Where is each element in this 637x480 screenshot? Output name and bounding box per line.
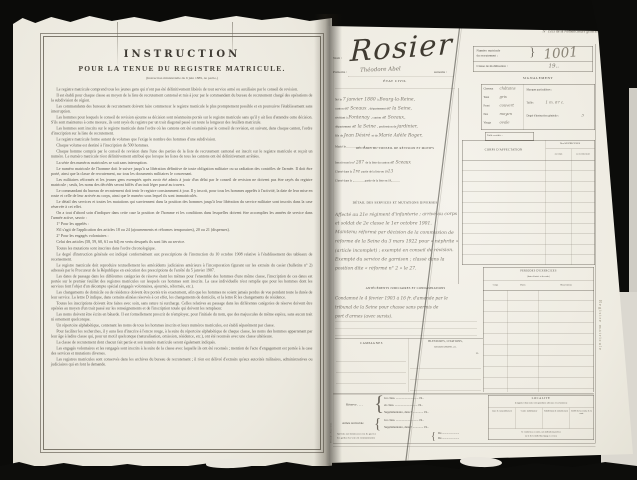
section-rule <box>335 88 455 89</box>
ruled-line <box>335 328 477 329</box>
instruction-paragraph: Les changements de domicile ou de réside… <box>51 290 312 300</box>
handwritten-text: Bourg-la-Reine, <box>379 97 415 102</box>
etat-civil-header: ÉTAT CIVIL <box>335 79 455 83</box>
handwritten-text: 13 <box>388 169 393 174</box>
localite-date-col-header: DATE de la remise de la carte <box>571 410 593 415</box>
instruction-paragraph: Les commandants des bureaux de recruteme… <box>51 104 312 114</box>
instruction-subtitle: POUR LA TENUE DU REGISTRE MATRICULE. <box>44 64 320 73</box>
territoriale-row: 1re class. .............................… <box>384 419 474 422</box>
table-grid-line <box>489 429 594 430</box>
instruction-body: Le registre matricule comprend tous les … <box>51 87 312 440</box>
services-entry: Exempté du service de garnison ; classé … <box>335 257 458 262</box>
services-entry: Maintenu réformé par décision de la comm… <box>335 230 458 236</box>
instruction-title: INSTRUCTION <box>44 49 320 60</box>
brace: } <box>530 46 536 60</box>
instruction-paragraph: 1° Pour les appelés : <box>51 222 312 227</box>
summary-box-top-rule <box>333 393 594 394</box>
instruction-paragraph: Les noms doivent être écrits en bâtarde.… <box>51 312 312 322</box>
handwritten-text: Marie Adèle Roger, <box>379 133 423 138</box>
corps-table-group-header: Nos MATRICULES <box>546 143 595 146</box>
antecedents-entry: port d'armes (avec sursis). <box>335 314 477 319</box>
localite-box: LOCALITÉ (à rappeler dans toute correspo… <box>488 395 594 440</box>
instruction-paragraph: Un répertoire alphabétique, contenant le… <box>51 323 312 328</box>
instruction-paragraph: Toutes les mutations sont inscrites dans… <box>51 246 312 251</box>
printed-text: , département d <box>368 107 388 111</box>
signalement-label: Degré d'instruction générale : <box>527 115 587 118</box>
instruction-paragraph: Toutes les inscriptions doivent être fai… <box>51 301 312 311</box>
localite-col-header: Gare de rassemblement <box>490 410 515 413</box>
instruction-paragraph: La série des numéros matricules se suit … <box>51 160 312 165</box>
territoriale-row: Supplémentaire, dans l' .............. 1… <box>384 426 474 429</box>
nomenclature-corner-note: N° 1955 de la Nomenclature générale. <box>536 29 600 34</box>
page-bottom-rule <box>333 443 596 444</box>
printed-text: , canton d <box>371 116 384 120</box>
speciale-row: Du ......................... <box>438 437 478 440</box>
brace: { <box>431 431 436 441</box>
handwritten-text: e Sceaux <box>346 106 368 111</box>
signalement-value: couvert <box>500 103 514 108</box>
services-entry: position dite « réformé n° 2 » le 27. <box>335 266 458 271</box>
localite-note-line2: sur le livret individuel (page 2, verso)… <box>489 435 594 438</box>
signalement-box: Cheveux châtains Yeux gris Front couvert… <box>481 84 595 130</box>
instruction-paragraph: Les engagés volontaires et les rengagés … <box>51 346 312 356</box>
instruction-paragraph: Les hommes pour lesquels le conseil de r… <box>51 115 312 125</box>
localite-title: LOCALITÉ <box>489 397 594 400</box>
instruction-paragraph: Chaque volume est destiné à l'inscriptio… <box>51 143 312 148</box>
etat-civil-line: fils de Jean Désiré et de Marie Adèle Ro… <box>335 130 456 139</box>
instruction-paragraph: Le degré d'instruction générale est indi… <box>51 252 312 262</box>
etat-civil-line: Né le 7 janvier 1880 à Bourg-la-Reine, <box>335 94 456 103</box>
speciale-label-line2: des gardes des voies de communication <box>337 437 430 440</box>
instruction-frame: INSTRUCTION POUR LA TENUE DU REGISTRE MA… <box>43 36 321 450</box>
services-entry: (article incomplet) ; exempté en conseil… <box>335 248 458 254</box>
signalement-value: 3 <box>582 113 584 118</box>
blessures-empty-rows <box>410 358 481 392</box>
instruction-paragraph: Les hommes sont inscrits sur le registre… <box>51 126 312 136</box>
blank-field <box>391 177 400 182</box>
handwritten-text: Jean Désiré <box>344 133 372 138</box>
blessures-header-line1: BLESSURES, CITATIONS, <box>410 340 481 343</box>
periodes-rows <box>483 290 594 392</box>
printed-text: , profession de <box>377 125 397 129</box>
section-divider <box>483 338 484 392</box>
periodes-header-box: PÉRIODES D'EXERCICES (dates d'entrée et … <box>483 267 594 291</box>
column-divider <box>458 88 459 284</box>
corps-table-title: CORPS D'AFFECTATION <box>463 149 545 152</box>
printed-text: partie de la liste en 19 <box>361 171 387 174</box>
blessures-note: 19.. <box>453 352 479 355</box>
services-header: DÉTAIL DES SERVICES ET MUTATIONS DIVERSE… <box>335 201 455 205</box>
handwritten-text: e Sceaux, <box>384 115 406 120</box>
antecedents-entry: tribunal de la Seine pour chasse sans pe… <box>335 305 477 310</box>
instruction-paragraph: Le registre matricule forme autant de vo… <box>51 137 312 142</box>
decision-line: Classé dans la partie de la liste en 19 <box>335 175 457 184</box>
taille-rectifiee-label: Taille rectifiée : <box>487 135 532 138</box>
etat-civil-line: résidant à Fontenay , canton de Sceaux, <box>335 112 456 121</box>
signalement-label: Marques particulières : <box>527 89 594 92</box>
page-bottom-rule2 <box>333 446 596 447</box>
scanned-register-spread: INSTRUCTION POUR LA TENUE DU REGISTRE MA… <box>0 0 637 480</box>
signalement-value: châtains <box>500 86 516 91</box>
dotted-line <box>348 76 454 77</box>
antecedents-header: ANTÉCÉDENTS JUDICIAIRES ET CONDAMNATIONS <box>335 287 476 290</box>
periodes-title: PÉRIODES D'EXERCICES <box>484 270 594 273</box>
localite-subtitle: (à rappeler dans toute correspondance ad… <box>491 402 592 405</box>
instruction-paragraph: Le registre matricule doit reproduire te… <box>51 263 312 273</box>
page-right-rule <box>595 44 596 443</box>
handwritten-text: e Sceaux <box>392 160 411 165</box>
corps-table-subheader: au corps <box>546 153 572 156</box>
instruction-paragraph: Le détail des services et toutes les mut… <box>51 199 312 209</box>
box-divider <box>524 85 525 130</box>
surname-handwriting: Rosier <box>350 29 454 65</box>
handwritten-text: 1re <box>353 169 362 174</box>
classe-mobilisation-label: Classe de mobilisation : <box>477 65 542 69</box>
matricule-label-line2: du recrutement : <box>477 54 532 58</box>
printed-text: de la liste du canton d <box>365 162 391 165</box>
ruled-line <box>335 321 477 322</box>
surnom-label: surnoms : <box>434 71 447 75</box>
torn-paper-scrap <box>206 458 258 469</box>
matricule-label-line1: Numéro matricule <box>477 49 532 53</box>
localite-note-line1: Se conformer, en outre, aux indications … <box>489 431 594 434</box>
periodes-col-header: Durée <box>508 284 539 287</box>
signalement-value: moyen <box>500 112 513 117</box>
periodes-col-header: Corps <box>484 284 508 287</box>
classe-mobilisation-handwriting: 19.. <box>549 63 560 70</box>
instruction-paragraph: S'il s'agit de l'application des article… <box>51 228 312 233</box>
prenoms-handwriting: Théodore Abel <box>360 65 401 73</box>
territoriale-label: Armée territoriale <box>342 422 375 425</box>
services-entry: et soldat de 2e classe le 1er octobre 19… <box>335 221 458 226</box>
decision-line: Inscrit sous le n° 287 de la liste du ca… <box>335 157 457 166</box>
ruled-line <box>335 335 477 336</box>
instruction-paragraph: La classe de recrutement dont chacun fai… <box>51 340 312 345</box>
campagnes-header: CAMPAGNES <box>335 342 408 345</box>
handwritten-text: jardinier, <box>397 124 418 129</box>
instruction-paragraph: Chaque homme compris par le conseil de r… <box>51 149 312 159</box>
antecedents-entry: Condamné le 4 février 1903 à 16 fr. d'am… <box>335 296 477 301</box>
reserve-row: 1re class. .............................… <box>384 397 474 400</box>
table-grid-line <box>484 281 594 282</box>
handwritten-text: e la Seine, <box>388 106 412 111</box>
table-empty-rows <box>484 290 594 392</box>
localite-col-header: Centre mobilisateur <box>517 410 542 413</box>
reserve-row: 2e class. ..............................… <box>384 404 474 407</box>
etat-civil-line: département de la Seine , profession de … <box>335 121 456 130</box>
blank-field <box>353 177 365 182</box>
corps-table-subheader: au recrutement <box>572 153 595 156</box>
section-rule <box>335 338 483 339</box>
box-divider <box>474 62 593 63</box>
corps-affectation-table: CORPS D'AFFECTATION Nos MATRICULES au co… <box>462 140 595 265</box>
section-divider <box>408 338 409 392</box>
services-entry: réforme de la Seine du 3 mars 1922 pour … <box>335 239 458 244</box>
instruction-paragraph: Les militaires réformés et les jeunes ge… <box>51 177 312 187</box>
periodes-subtitle: (dates d'entrée et de sortie) <box>484 275 594 278</box>
printed-text: partie de la liste en 19 <box>365 180 391 183</box>
brace: { <box>374 393 384 414</box>
matricule-number-handwriting: 1001 <box>543 44 578 62</box>
campagnes-empty-rows <box>336 351 406 392</box>
handwritten-text: Fontenay <box>348 115 371 120</box>
signalement-header: SIGNALEMENT <box>481 76 595 80</box>
reserve-row: Supplémentaire, dans l' .............. 1… <box>384 411 474 414</box>
table-grid-line <box>489 408 594 409</box>
table-grid-line <box>546 149 595 150</box>
instruction-paragraph: Le numéro matricule de l'homme doit le s… <box>51 166 312 176</box>
instruction-paragraph: Les registres matricules sont conservés … <box>51 357 312 367</box>
speciale-row: Du ......................... <box>438 432 478 435</box>
instruction-paragraph: Il est établi pour chaque classe au moye… <box>51 93 312 103</box>
instruction-paragraph: Celui des articles (58, 59, 60, 61 ou 64… <box>51 240 312 245</box>
blessures-header-line2: DÉCORATIONS, etc. <box>410 346 481 349</box>
signalement-value: 1 m. 67 c. <box>546 100 565 105</box>
instruction-subnote: (Instruction ministérielle du 6 juin 188… <box>44 76 320 80</box>
decision-header: DÉCISION DU CONSEIL DE RÉVISION ET MOTIF… <box>335 147 455 150</box>
instruction-paragraph: Le commandant du bureau de recrutement d… <box>51 188 312 198</box>
book-gutter-shadow <box>314 14 342 466</box>
handwritten-text: 287 <box>356 160 365 165</box>
instruction-paragraph: Le registre matricule comprend tous les … <box>51 87 312 92</box>
brace: { <box>374 416 381 431</box>
signalement-value: gris <box>500 95 507 100</box>
signalement-value: ovale <box>500 120 510 125</box>
handwritten-text: 7 janvier 1880 <box>343 97 377 102</box>
speciale-label-line1: Spéciale aux hommes (en cas de guerre) <box>337 433 430 436</box>
instruction-paragraph: On a tout d'abord soin d'indiquer dans c… <box>51 211 312 221</box>
services-entry: Affecté au 21e régiment d'infanterie ; a… <box>335 211 458 217</box>
instruction-paragraph: Pour faciliter les recherches, il y aura… <box>51 329 312 339</box>
decision-line: Classé dans la 1re partie de la liste en… <box>335 166 457 175</box>
instruction-paragraph: Les dates de passage dans les différente… <box>51 274 312 289</box>
instruction-paragraph: 2° Pour les engagés volontaires : <box>51 234 312 239</box>
localite-col-header: Subdivision de rattachement <box>544 410 569 413</box>
reserve-label: Réserve . . . . <box>346 403 375 407</box>
periodes-col-header: Observations <box>539 284 594 287</box>
matricule-box: Numéro matricule du recrutement : } 1001… <box>473 46 593 72</box>
table-empty-rows <box>463 161 595 265</box>
spine-label: Registre matricule <box>598 300 603 415</box>
right-page: N° 1955 de la Nomenclature générale. Nom… <box>328 20 637 468</box>
etat-civil-line: canton de Sceaux , département de la Sei… <box>335 103 456 112</box>
handwritten-text: e la Seine <box>354 124 378 129</box>
left-page: INSTRUCTION POUR LA TENUE DU REGISTRE MA… <box>13 14 332 466</box>
